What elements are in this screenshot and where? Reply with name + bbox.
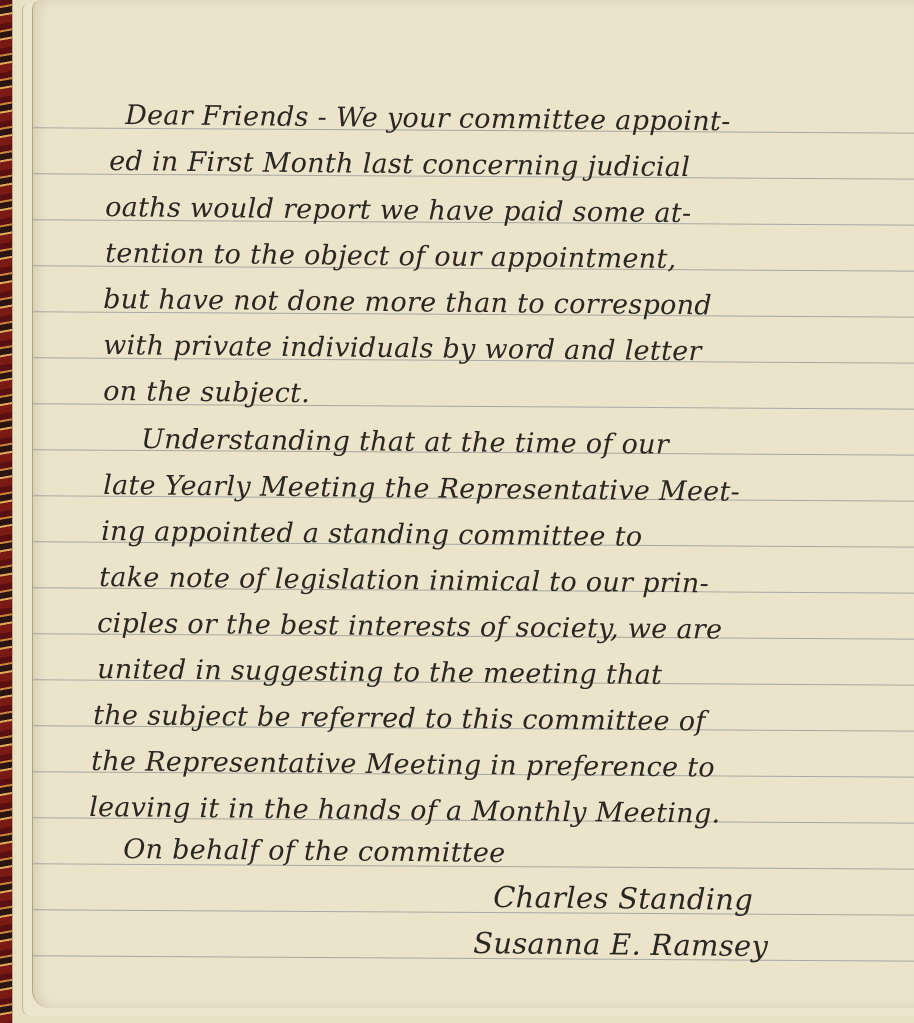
signature-charles-standing: Charles Standing bbox=[493, 880, 753, 917]
notebook-page: Dear Friends - We your committee appoint… bbox=[32, 0, 914, 1008]
letter-line: the Representative Meeting in preference… bbox=[91, 746, 715, 784]
letter-line: ing appointed a standing committee to bbox=[101, 516, 643, 553]
letter-line: ed in First Month last concerning judici… bbox=[109, 146, 690, 183]
letter-line: Understanding that at the time of our bbox=[141, 424, 669, 461]
letter-line: but have not done more than to correspon… bbox=[103, 284, 712, 321]
signature-susanna-ramsey: Susanna E. Ramsey bbox=[473, 926, 768, 963]
letter-line: with private individuals by word and let… bbox=[103, 330, 702, 367]
letter-body: Dear Friends - We your committee appoint… bbox=[33, 0, 914, 1008]
letter-line: tention to the object of our appointment… bbox=[105, 238, 677, 275]
letter-line: oaths would report we have paid some at- bbox=[105, 192, 692, 229]
letter-line: late Yearly Meeting the Representative M… bbox=[103, 470, 740, 508]
letter-line: the subject be referred to this committe… bbox=[93, 700, 706, 737]
letter-line: Dear Friends - We your committee appoint… bbox=[125, 100, 731, 137]
letter-line: take note of legislation inimical to our… bbox=[99, 562, 709, 599]
letter-line: united in suggesting to the meeting that bbox=[97, 654, 662, 691]
letter-line: on the subject. bbox=[103, 376, 310, 409]
letter-line: ciples or the best interests of society,… bbox=[97, 608, 722, 646]
letter-line: On behalf of the committee bbox=[123, 834, 506, 869]
letter-line: leaving it in the hands of a Monthly Mee… bbox=[89, 792, 721, 830]
